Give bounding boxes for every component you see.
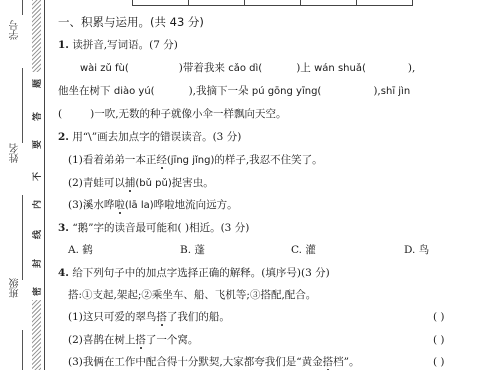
margin-line [22,68,23,143]
dotted-char: 搭 [135,334,146,346]
text: (2)青蛙可以 [68,177,125,189]
text: 了一个窝。 [146,334,199,346]
option-b[interactable]: B. 蓬 [180,243,205,257]
text: 捉害虫。 [172,177,214,189]
score-cell [357,0,412,5]
binding-margin: 学号 姓名 班级 题 答 要 不 内 线 封 密 [0,0,47,370]
pinyin-choices[interactable]: (bǔ pǔ) [135,178,171,189]
text: ),我摘下一朵 [189,85,252,97]
pinyin-choices[interactable]: (lā la) [125,200,154,211]
q4-item-1: (1)这只可爱的翠鸟搭了我们的船。 ( ) [68,310,488,324]
text: 哗啦地流向远方。 [154,199,238,211]
class-label: 班级 [10,278,24,298]
name-label: 姓名 [10,143,24,163]
score-cell [245,0,301,5]
pinyin: pú gōng yīng( [252,86,321,97]
score-cell [301,0,357,5]
seal-char: 要 [30,139,43,150]
pinyin: diào yú( [114,86,155,97]
margin-line [22,330,23,370]
q1-line-2: 他坐在树下 diào yú(),我摘下一朵 pú gōng yīng(),shī… [58,84,410,99]
question-number: 1. [58,39,69,51]
text: (1)这只可爱的翠鸟 [68,311,156,323]
section-title: 一、积累与运用。(共 43 分) [58,15,204,29]
question-prompt: “鹅”字的读音最可能和( )相近。(3 分) [72,222,249,234]
question-prompt: 读拼音,写词语。(7 分) [72,39,178,51]
question-4-heading: 4. 给下列句子中的加点字选择正确的解释。(填序号)(3 分) [58,266,330,280]
q1-line-1: wài zǔ fù()带着我来 cǎo dì()上 wán shuǎ(), [80,61,415,76]
score-cell [189,0,245,5]
pinyin: wán shuǎ( [314,63,366,74]
dotted-char: 捕 [125,177,136,189]
seal-char: 题 [30,78,43,89]
pinyin: cǎo dì( [228,63,262,74]
text: 了我们的船。 [167,311,230,323]
seal-char: 答 [30,111,43,122]
text: 他坐在树下 [58,85,114,97]
question-prompt: 给下列句子中的加点字选择正确的解释。(填序号)(3 分) [72,267,329,279]
option-a[interactable]: A. 鹤 [68,243,93,257]
pinyin-choices[interactable]: (jīng jǐng) [167,155,214,166]
seal-char: 封 [30,258,43,269]
score-table [132,0,413,6]
question-1-heading: 1. 读拼音,写词语。(7 分) [58,38,178,52]
question-number: 2. [58,131,69,143]
score-cell [133,0,189,5]
q1-line-3: ()一吹,无数的种子就像小伞一样飘向天空。 [58,107,287,121]
question-number: 3. [58,222,69,234]
text: )带着我来 [179,62,228,74]
question-3-heading: 3. “鹅”字的读音最可能和( )相近。(3 分) [58,221,249,235]
text: )一吹,无数的种子就像小伞一样飘向天空。 [90,108,286,120]
q4-item-2: (2)喜鹊在树上搭了一个窝。 ( ) [68,333,488,347]
pinyin: shī jìn [381,86,410,97]
seal-char: 内 [30,199,43,210]
binding-border-line [44,0,45,370]
option-d[interactable]: D. 鸟 [404,243,429,257]
margin-line [22,0,23,15]
dotted-char: 搭 [156,311,167,323]
question-number: 4. [58,267,69,279]
q2-item-2: (2)青蛙可以捕(bǔ pǔ)捉害虫。 [68,176,214,191]
text: ), [408,62,415,74]
option-c[interactable]: C. 灌 [291,243,316,257]
hatch-pattern [32,0,41,72]
seal-char: 不 [30,171,43,182]
text: 档”。 [333,356,359,368]
text: 的样子,我忍不住笑了。 [214,154,322,166]
dotted-char: 啦 [114,199,125,211]
dotted-char: 搭 [323,356,334,368]
text: (3)溪水哗 [68,199,114,211]
text: (3)我俩在工作中配合得十分默契,大家都夸我们是“黄金 [68,356,323,368]
question-2-heading: 2. 用“\”画去加点字的错误读音。(3 分) [58,130,241,144]
answer-blank[interactable]: ( ) [433,333,445,347]
q2-item-3: (3)溪水哗啦(lā la)哗啦地流向远方。 [68,198,238,213]
answer-blank[interactable]: ( ) [433,310,445,324]
answer-blank[interactable]: ( ) [433,355,445,369]
seal-char: 线 [30,229,43,240]
text: (2)喜鹊在树上 [68,334,135,346]
q4-definition: 搭:①支起,架起;②乘坐车、船、飞机等;③搭配,配合。 [68,288,316,302]
seal-char: 密 [30,286,43,297]
q2-item-1: (1)看着弟弟一本正经(jīng jǐng)的样子,我忍不住笑了。 [68,153,323,168]
hatch-pattern [32,300,41,370]
text: (1)看着弟弟一本正 [68,154,156,166]
pinyin: wài zǔ fù( [80,63,129,74]
text: ), [373,85,380,97]
margin-line [22,195,23,280]
question-prompt: 用“\”画去加点字的错误读音。(3 分) [72,131,241,143]
text: )上 [296,62,314,74]
text: ( [58,108,62,120]
q4-item-3: (3)我俩在工作中配合得十分默契,大家都夸我们是“黄金搭档”。 ( ) [68,355,488,369]
student-id-label: 学号 [10,20,24,40]
dotted-char: 经 [156,154,167,166]
